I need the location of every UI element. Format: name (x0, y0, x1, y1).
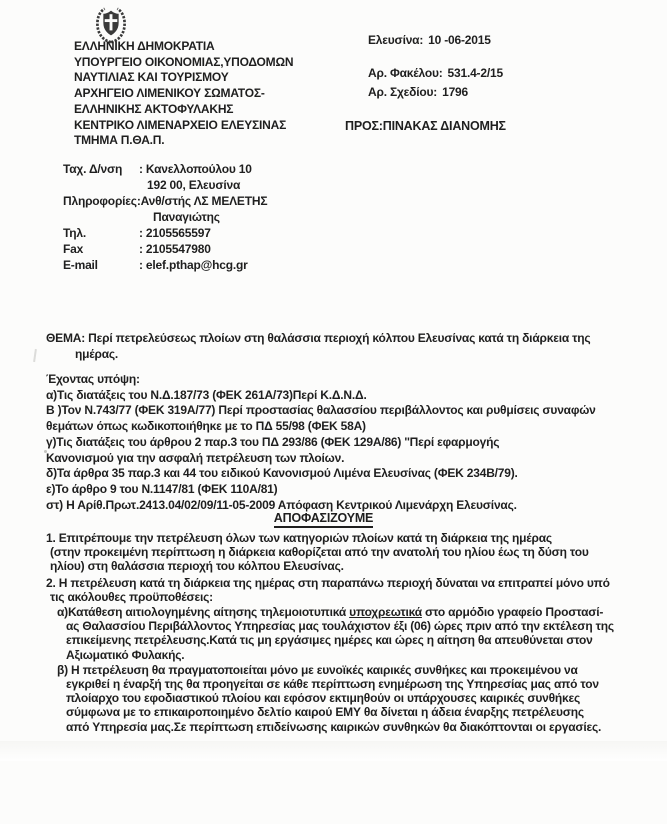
contact-value: : Κανελλοπούλου 10 (139, 161, 252, 177)
contact-row-address: Ταχ. Δ/νση: Κανελλοπούλου 10 (63, 161, 267, 177)
contact-value: : elef.pthap@hcg.gr (139, 257, 248, 273)
contact-label: Τηλ. (63, 225, 139, 241)
contact-value: : 2105565597 (139, 225, 211, 241)
contact-block: Ταχ. Δ/νση: Κανελλοπούλου 10 192 00, Ελε… (63, 161, 267, 273)
contact-row-postal: 192 00, Ελευσίνα (63, 177, 267, 193)
contact-label (63, 177, 139, 193)
contact-value: Ανθ/στής ΛΣ ΜΕΛΕΤΗΣ (141, 193, 268, 209)
legal-basis-list: Έχοντας υπόψη: α)Τις διατάξεις του Ν.Δ.1… (46, 372, 631, 513)
recipient-line: ΠΡΟΣ:ΠΙΝΑΚΑΣ ΔΙΑΝΟΜΗΣ (345, 119, 506, 133)
contact-label: E-mail (63, 257, 139, 273)
scan-edge-shadow (0, 741, 667, 761)
doc-meta: Ελευσίνα:10 -06-2015 Αρ. Φακέλου:531.4-2… (368, 31, 503, 102)
contact-label: Ταχ. Δ/νση (63, 161, 139, 177)
place-date-line: Ελευσίνα:10 -06-2015 (368, 31, 503, 50)
contact-label: Fax (63, 241, 139, 257)
contact-value: : 2105547980 (139, 241, 211, 257)
place-date-label: Ελευσίνα: (368, 33, 423, 47)
decision-item-b: β) Η πετρέλευση θα πραγματοποιείται μόνο… (66, 663, 631, 734)
contact-row-information: Πληροφορίες:Ανθ/στής ΛΣ ΜΕΛΕΤΗΣ (63, 193, 267, 209)
scan-artifact (33, 349, 37, 362)
subject-line: ΘΕΜΑ: Περί πετρελεύσεως πλοίων στη θαλάσ… (46, 330, 631, 362)
item-a-continuation: ας Θαλασσίου Περιβάλλοντος Υπηρεσίας μας… (66, 619, 614, 661)
plan-number-line: Αρ. Σχεδίου:1796 (368, 83, 503, 102)
place-date-value: 10 -06-2015 (428, 33, 491, 47)
decision-paragraph-1: 1. Επιτρέπουμε την πετρέλευση όλων των κ… (46, 531, 631, 574)
document-page: ΕΛΛΗΝΙΚΗ ΔΗΜΟΚΡΑΤΙΑ ΥΠΟΥΡΓΕΙΟ ΟΙΚΟΝΟΜΙΑΣ… (0, 0, 667, 824)
item-a-text: στο αρμόδιο γραφείο Προστασί- (422, 605, 603, 619)
contact-label: Πληροφορίες: (63, 193, 141, 209)
file-number-label: Αρ. Φακέλου: (368, 66, 443, 80)
decision-section: ΑΠΟΦΑΣΙΖΟΥΜΕ 1. Επιτρέπουμε την πετρέλευ… (46, 511, 631, 734)
decision-item-a: α)Κατάθεση αιτιολογημένης αίτησης τηλεμο… (66, 605, 631, 662)
contact-row-information-2: Παναγιώτης (63, 209, 267, 225)
contact-row-phone: Τηλ.: 2105565597 (63, 225, 267, 241)
decision-title: ΑΠΟΦΑΣΙΖΟΥΜΕ (46, 511, 601, 528)
plan-number-label: Αρ. Σχεδίου: (368, 85, 437, 99)
contact-row-fax: Fax: 2105547980 (63, 241, 267, 257)
contact-value: Παναγιώτης (139, 209, 220, 225)
contact-row-email: E-mail: elef.pthap@hcg.gr (63, 257, 267, 273)
plan-number-value: 1796 (442, 85, 468, 99)
decision-body: 1. Επιτρέπουμε την πετρέλευση όλων των κ… (46, 531, 631, 734)
item-a-underlined-word: υποχρεωτικά (349, 605, 422, 619)
item-a-text: α)Κατάθεση αιτιολογημένης αίτησης τηλεμο… (57, 605, 349, 619)
agency-header: ΕΛΛΗΝΙΚΗ ΔΗΜΟΚΡΑΤΙΑ ΥΠΟΥΡΓΕΙΟ ΟΙΚΟΝΟΜΙΑΣ… (74, 39, 293, 149)
file-number-value: 531.4-2/15 (448, 66, 503, 80)
scan-artifact (44, 450, 47, 453)
contact-label (63, 209, 139, 225)
decision-paragraph-2: 2. Η πετρέλευση κατά τη διάρκεια της ημέ… (46, 576, 631, 604)
contact-value: 192 00, Ελευσίνα (139, 177, 240, 193)
file-number-line: Αρ. Φακέλου:531.4-2/15 (368, 64, 503, 83)
